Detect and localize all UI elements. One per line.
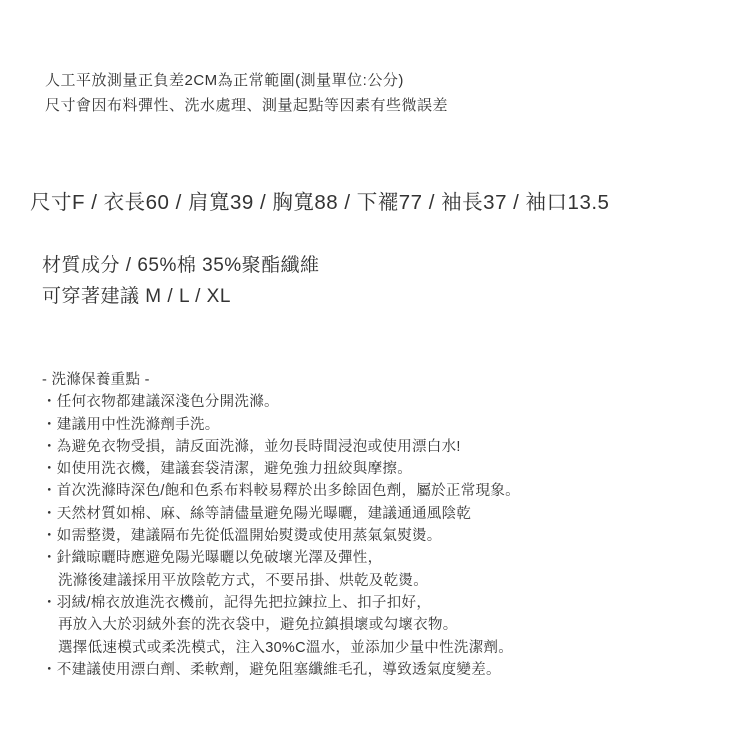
care-line: ・任何衣物都建議深淺色分開洗滌。 (42, 391, 520, 413)
measurement-notes: 人工平放測量正負差2CM為正常範圍(測量單位:公分) 尺寸會因布料彈性、洗水處理… (45, 68, 448, 118)
care-line: ・針織晾曬時應避免陽光曝曬以免破壞光澤及彈性， (42, 547, 520, 569)
care-line-continuation: 再放入大於羽絨外套的洗衣袋中，避免拉鎮損壞或勾壞衣物。 (42, 614, 520, 636)
care-line: ・如使用洗衣機，建議套袋清潔，避免強力扭絞與摩擦。 (42, 458, 520, 480)
fit-recommendation: 可穿著建議 M / L / XL (42, 281, 320, 312)
material-block: 材質成分 / 65%棉 35%聚酯纖維 可穿著建議 M / L / XL (42, 250, 320, 312)
care-line-continuation: 選擇低速模式或柔洗模式，注入30%C溫水，並添加少量中性洗潔劑。 (42, 637, 520, 659)
care-line: ・建議用中性洗滌劑手洗。 (42, 414, 520, 436)
care-line: ・天然材質如棉、麻、絲等請儘量避免陽光曝曬，建議通通風陰乾 (42, 503, 520, 525)
care-line: ・如需整燙，建議隔布先從低溫開始熨燙或使用蒸氣氣熨燙。 (42, 525, 520, 547)
care-title: - 洗滌保養重點 - (42, 369, 520, 391)
care-line: ・羽絨/棉衣放進洗衣機前，記得先把拉鍊拉上、扣子扣好， (42, 592, 520, 614)
size-spec-line: 尺寸F / 衣長60 / 肩寬39 / 胸寬88 / 下襬77 / 袖長37 /… (30, 185, 609, 215)
measurement-note-line2: 尺寸會因布料彈性、洗水處理、測量起點等因素有些微誤差 (45, 93, 448, 118)
measurement-note-line1: 人工平放測量正負差2CM為正常範圍(測量單位:公分) (45, 68, 448, 93)
care-line-continuation: 洗滌後建議採用平放陰乾方式，不要吊掛、烘乾及乾燙。 (42, 570, 520, 592)
care-line: ・不建議使用漂白劑、柔軟劑，避免阻塞纖維毛孔，導致透氣度變差。 (42, 659, 520, 681)
care-line: ・為避免衣物受損，請反面洗滌，並勿長時間浸泡或使用漂白水! (42, 436, 520, 458)
care-line: ・首次洗滌時深色/飽和色系布料較易釋於出多餘固色劑，屬於正常現象。 (42, 480, 520, 502)
material-composition: 材質成分 / 65%棉 35%聚酯纖維 (42, 250, 320, 281)
care-instructions: - 洗滌保養重點 - ・任何衣物都建議深淺色分開洗滌。 ・建議用中性洗滌劑手洗。… (42, 369, 520, 681)
